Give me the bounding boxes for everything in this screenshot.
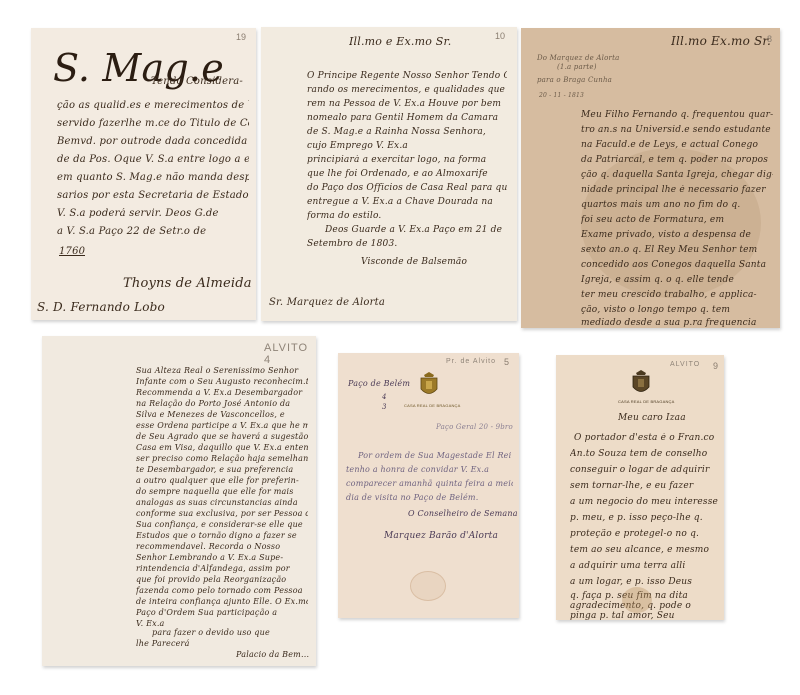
text-line: Exame privado, visto a despensa de	[581, 230, 773, 240]
text-line: Igreja, e assim q. o q. elle tende	[581, 275, 773, 285]
folio-number: 10	[495, 31, 505, 41]
text-line: que lhe foi Ordenado, e ao Almoxarife	[307, 169, 507, 179]
text-line: de Seu Agrado que se haverá a sugestão	[136, 432, 308, 441]
salutation: Ill.mo Ex.mo Sr.	[671, 34, 771, 48]
text-line: ção as qualid.es e merecimentos de V. S.…	[57, 100, 249, 111]
signature: Thoyns de Almeida	[123, 276, 252, 291]
text-line: Por ordem de Sua Magestade El Rei	[358, 451, 513, 460]
text-line: recommendavel. Recorda o Nosso	[136, 542, 308, 551]
text-line: ção, visto o longo tempo q. tem	[581, 305, 773, 315]
royal-crest-icon	[628, 369, 654, 399]
signature: Visconde de Balsemão	[361, 257, 467, 267]
addressee: Marquez Barão d'Alorta	[384, 531, 498, 541]
top-annotation: Pr. de Alvito	[446, 358, 496, 365]
text-line: Silva e Menezes de Vasconcellos, e	[136, 410, 308, 419]
text-line: a V. S.a Paço 22 de Setr.o de	[57, 226, 249, 237]
text-line: p. meu, e p. isso peço-lhe q.	[570, 513, 720, 523]
embossed-seal-icon	[410, 571, 446, 601]
text-line: quartos mais um ano no fim do q.	[581, 200, 773, 210]
text-line: Paço d'Ordem Sua participação a	[136, 608, 308, 617]
text-line: que foi provido pela Reorganização	[136, 575, 308, 584]
letter-3: 8 Ill.mo Ex.mo Sr. Do Marquez de Alorta …	[521, 28, 780, 328]
top-annotation: ALVITO 4	[264, 342, 316, 366]
folio-number: 9	[713, 361, 718, 371]
letter-2: 10 Ill.mo e Ex.mo Sr. O Principe Regente…	[261, 27, 517, 321]
text-line: Bemvd. por outrode dada concedida ao S. …	[57, 136, 249, 147]
text-line: servido fazerlhe m.ce do Titulo de Conde	[57, 118, 249, 129]
text-line: V. Ex.a	[136, 619, 308, 628]
salutation: Ill.mo e Ex.mo Sr.	[349, 35, 451, 48]
text-line: foi seu acto de Formatura, em	[581, 215, 773, 225]
letter-4: ALVITO 4 Sua Alteza Real o Serenissimo S…	[42, 336, 316, 666]
text-line: do Paço dos Officios de Casa Real para q…	[307, 183, 507, 193]
text-line: tem ao seu alcance, e mesmo	[570, 545, 720, 555]
text-line: entregue a V. Ex.a a Chave Dourada na	[307, 197, 507, 207]
text-line: Casa em Visa, daquillo que V. Ex.a enten…	[136, 443, 308, 452]
text-line: esse Ordena participe a V. Ex.a que he m…	[136, 421, 308, 430]
text-line: a um logar, e p. isso Deus	[570, 577, 720, 587]
text-line: de S. Mag.e a Rainha Nossa Senhora,	[307, 127, 507, 137]
text-line: lhe Parecerá	[136, 639, 308, 648]
folio-number: 5	[504, 357, 509, 367]
text-line: sexto an.o q. El Rey Meu Senhor tem	[581, 245, 773, 255]
date-line: Paço Geral 20 - 9bro	[436, 423, 513, 431]
folio-number: 19	[236, 32, 246, 42]
text-line: a um negocio do meu interesse	[570, 497, 720, 507]
text-line: Infante com o Seu Augusto reconhecim.to	[136, 377, 308, 386]
text-line: conforme sua exclusiva, por ser Pessoa d…	[136, 509, 308, 518]
salutation: Meu caro Izaa	[618, 413, 686, 423]
text-line: cujo Emprego V. Ex.a	[307, 141, 507, 151]
text-line: ser preciso como Relação haja semelhan-	[136, 454, 308, 463]
text-line: sem tornar-lhe, e eu fazer	[570, 481, 720, 491]
text-line: mediado desde a sua p.ra frequencia	[581, 318, 773, 328]
text-line: analogas as suas circunstancias ainda	[136, 498, 308, 507]
header-place: Paço de Belém	[348, 379, 410, 388]
margin-note: para o Braga Cunha	[537, 76, 612, 84]
text-line: fazenda como pelo tornado com Pessoa	[136, 586, 308, 595]
text-line: a adquirir uma terra alli	[570, 561, 720, 571]
text-line: An.to Souza tem de conselho	[570, 449, 720, 459]
text-line: de da Pos. Oque V. S.a entre logo a exer…	[57, 154, 249, 165]
text-line: forma do estilo.	[307, 211, 507, 221]
text-line: Sua Alteza Real o Serenissimo Senhor	[136, 366, 308, 375]
text-line: rem na Pessoa de V. Ex.a Houve por bem	[307, 99, 507, 109]
text-line: O Principe Regente Nosso Senhor Tendo Co…	[307, 71, 507, 81]
margin-note-date: 20 - 11 - 1813	[539, 92, 584, 99]
text-line: nomealo para Gentil Homem da Camara	[307, 113, 507, 123]
text-line: ção q. daquella Santa Igreja, chegar dig…	[581, 170, 773, 180]
text-line: rando os merecimentos, e qualidades que …	[307, 85, 507, 95]
text-line: sarios por esta Secretaria de Estado, q.…	[57, 190, 249, 201]
text-line: de inteira confiança ajunto Elle. O Ex.m…	[136, 597, 308, 606]
text-line: conseguir o logar de adquirir	[570, 465, 720, 475]
text-line: concedido aos Conegos daquella Santa	[581, 260, 773, 270]
text-line: tenho a honra de convidar V. Ex.a	[346, 465, 513, 474]
text-line: Senhor Lembrando a V. Ex.a Supe-	[136, 553, 308, 562]
text-line: Recommenda a V. Ex.a Desembargador	[136, 388, 308, 397]
header-number: 3	[382, 403, 387, 411]
text-line: rintendencia d'Alfandega, assim por	[136, 564, 308, 573]
signature: Palacio da Bem...	[236, 650, 309, 659]
text-line: Tendo Considera-	[151, 76, 249, 87]
text-line: proteção e protegel-o no q.	[570, 529, 720, 539]
text-line: pinga p. tal amor, Seu	[570, 611, 720, 620]
text-line: te Desembargador, e sua preferencia	[136, 465, 308, 474]
crest-caption: CASA REAL DE BRAGANÇA	[404, 403, 461, 408]
crest-caption: CASA REAL DE BRAGANÇA	[618, 399, 675, 404]
text-line: principiará a exercitar logo, na forma	[307, 155, 507, 165]
margin-note: Do Marquez de Alorta	[537, 54, 619, 62]
text-line: V. S.a poderá servir. Deos G.de	[57, 208, 249, 219]
year: 1760	[59, 246, 85, 257]
letter-5: Pr. de Alvito 5 Paço de Belém 4 3 CASA R…	[338, 353, 519, 618]
letter-6: ALVITO 9 CASA REAL DE BRAGANÇA Meu caro …	[556, 355, 724, 620]
header-number: 4	[382, 393, 387, 401]
text-line: O Conselheiro de Semana	[408, 509, 518, 518]
text-line: em quanto S. Mag.e não manda despachar n…	[57, 172, 249, 183]
top-annotation: ALVITO	[670, 361, 700, 368]
text-line: nidade principal lhe é necessario fazer	[581, 185, 773, 195]
letter-1: 19 S. Mag.e Tendo Considera- ção as qual…	[31, 28, 256, 320]
text-line: tro an.s na Universid.e sendo estudante	[581, 125, 773, 135]
text-line: Setembro de 1803.	[307, 239, 507, 249]
text-line: dia de visita no Paço de Belém.	[346, 493, 513, 502]
addressee: S. D. Fernando Lobo	[37, 300, 165, 314]
text-line: na Faculd.e de Leys, e actual Conego	[581, 140, 773, 150]
text-line: a outro qualquer que elle for preferin-	[136, 476, 308, 485]
addressee: Sr. Marquez de Alorta	[269, 297, 385, 308]
text-line: ter meu crescido trabalho, e applica-	[581, 290, 773, 300]
text-line: do sempre naquella que elle for mais	[136, 487, 308, 496]
embossed-seal-icon	[622, 587, 652, 613]
royal-crest-icon	[416, 371, 442, 401]
text-line: comparecer amanhã quinta feira a meio	[346, 479, 513, 488]
text-line: Sua confiança, e considerar-se elle que	[136, 520, 308, 529]
margin-note: (1.a parte)	[557, 63, 597, 71]
text-line: da Patriarcal, e tem q. poder na propos	[581, 155, 773, 165]
text-line: Estudos que o tornão digno a fazer se	[136, 531, 308, 540]
text-line: para fazer o devido uso que	[152, 628, 308, 637]
text-line: Deos Guarde a V. Ex.a Paço em 21 de	[325, 225, 507, 235]
text-line: na Relação do Porto José Antonio da	[136, 399, 308, 408]
text-line: Meu Filho Fernando q. frequentou quar-	[581, 110, 773, 120]
text-line: O portador d'esta é o Fran.co	[574, 433, 720, 443]
